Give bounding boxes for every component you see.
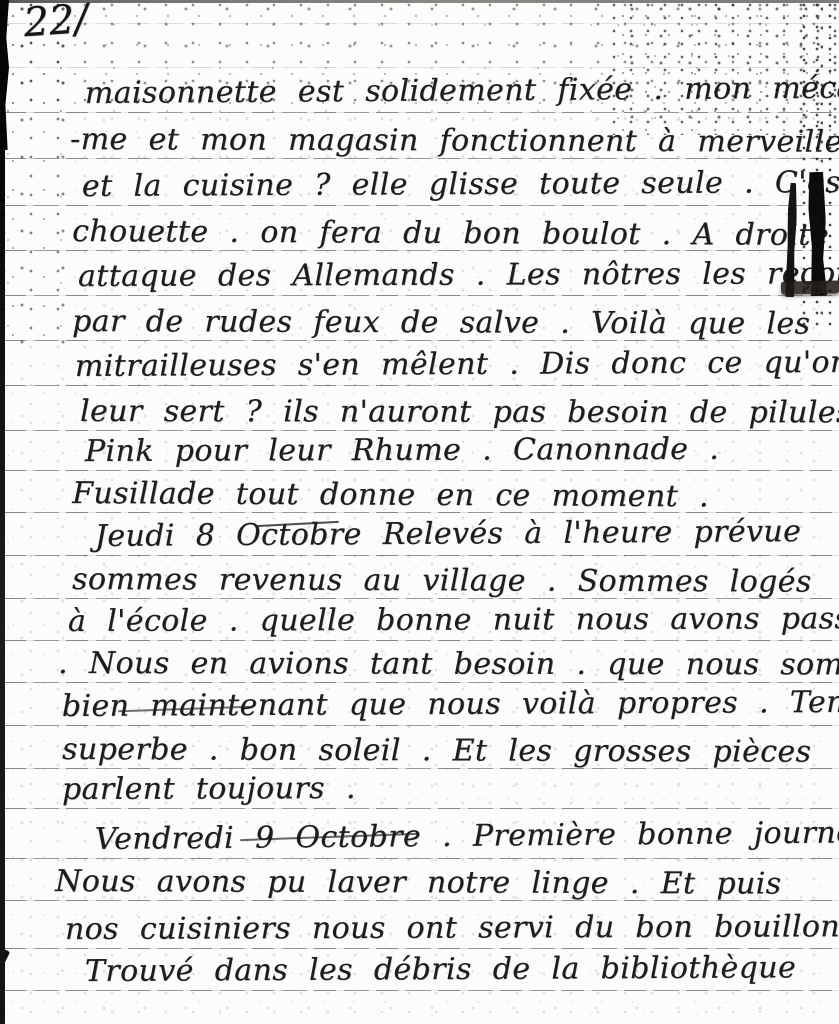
handwritten-line: mitrailleuses s'en mêlent . Dis donc ce … [75, 345, 839, 391]
handwritten-line: attaque des Allemands . Les nôtres les r… [78, 256, 839, 301]
handwritten-line: Jeudi 8 Octobre Relevés à l'heure prévue [95, 514, 802, 561]
ruled-line [4, 23, 839, 24]
ruled-line [4, 67, 839, 68]
scan-left-edge [0, 0, 5, 1024]
handwritten-line: et la cuisine ? elle glisse toute seule … [82, 165, 839, 211]
handwritten-line: leur sert ? ils n'auront pas besoin de p… [80, 394, 839, 437]
handwritten-line: superbe . bon soleil . Et les grosses pi… [62, 732, 811, 777]
ink-smudge-horizontal [781, 280, 839, 294]
handwritten-line: par de rudes feux de salve . Voilà que l… [72, 304, 810, 349]
handwritten-line: Vendredi 9 Octobre . Première bonne jour… [95, 815, 839, 864]
handwritten-line: maisonnette est solidement fixée . mon m… [85, 70, 839, 118]
handwritten-line: -me et mon magasin fonctionnent à mervei… [70, 122, 839, 167]
handwritten-line: sommes revenus au village . Sommes logés [72, 562, 812, 607]
handwritten-line: chouette . on fera du bon boulot . A dro… [72, 214, 829, 260]
handwritten-line: Pink pour leur Rhume . Canonnade . [85, 432, 719, 476]
page-number: 22/ [22, 0, 90, 60]
handwritten-line: à l'école . quelle bonne nuit nous avons… [68, 601, 839, 646]
scan-top-edge [0, 0, 839, 3]
handwritten-line: Nous avons pu laver notre linge . Et pui… [55, 864, 782, 909]
manuscript-page: 22/ maisonnette est solidement fixée . m… [0, 0, 839, 1024]
handwritten-line: parlent toujours . [62, 771, 356, 814]
handwritten-line: . Nous en avions tant besoin . que nous … [58, 646, 839, 689]
handwritten-line: Trouvé dans les débris de la bibliothèqu… [85, 950, 796, 996]
handwritten-line: nos cuisiniers nous ont servi du bon bou… [65, 909, 839, 954]
